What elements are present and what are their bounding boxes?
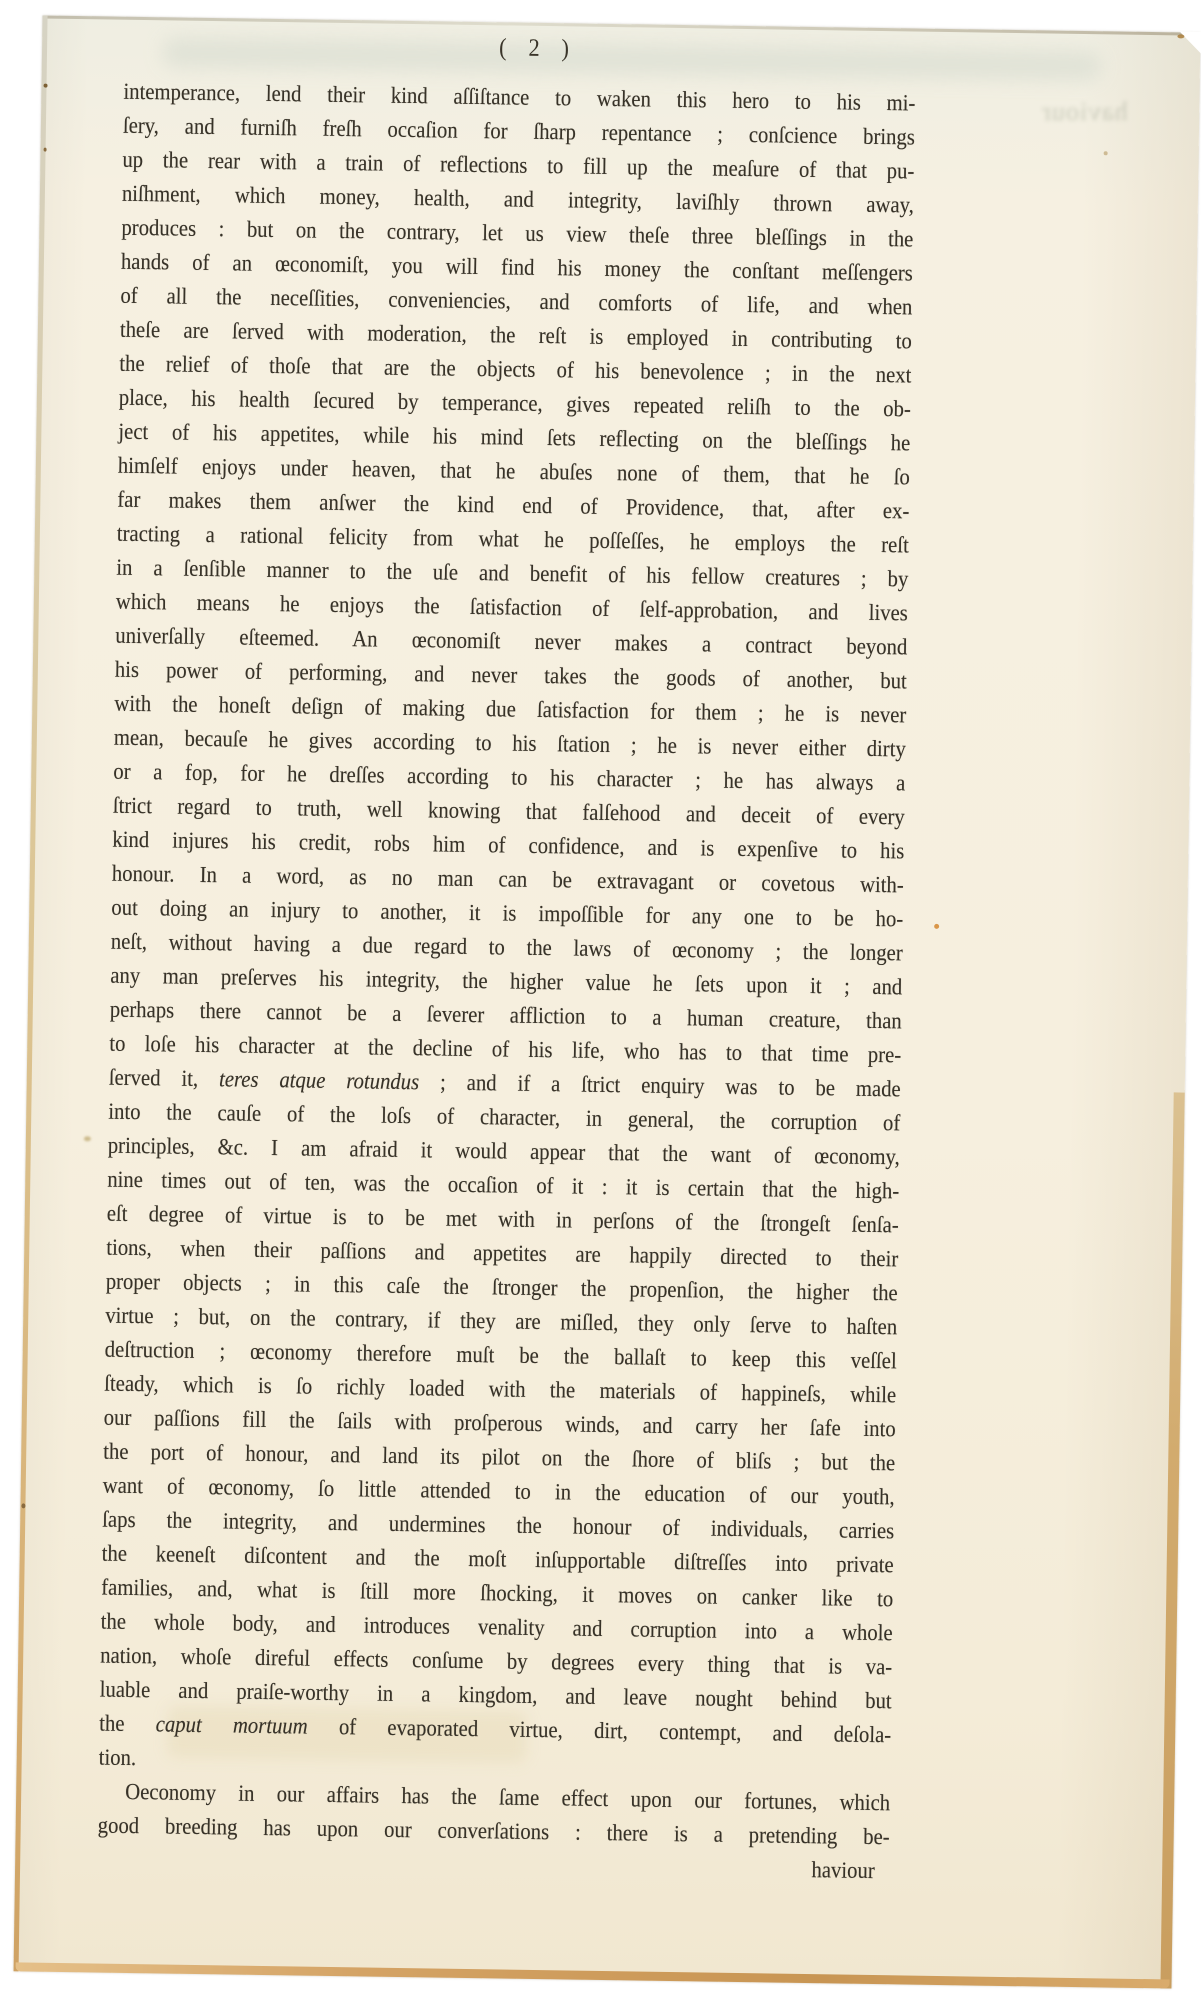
body-text: intemperance, lend their kind aſſiſtance… — [97, 75, 1004, 1890]
page-edge-right — [1160, 1092, 1184, 1988]
edge-speck — [44, 84, 48, 88]
text-segment: ſerved it, — [109, 1065, 220, 1092]
page-edge-left — [14, 16, 48, 1972]
italic-phrase: teres atque rotundus — [219, 1066, 419, 1094]
text-segment: ; and if a ſtrict enquiry was to be made — [419, 1069, 901, 1101]
edge-speck — [44, 148, 47, 152]
text-segment: the — [99, 1711, 156, 1737]
showthrough-ghost-word: haviour — [1041, 97, 1128, 127]
book-page: haviour ( 2 ) intemperance, lend their k… — [14, 16, 1201, 1989]
corner-stain — [1177, 34, 1184, 38]
text-segment: of evaporated virtue, dirt, contempt, an… — [308, 1714, 892, 1748]
edge-speck — [21, 1503, 25, 1508]
foxing-spot — [84, 1136, 91, 1141]
italic-phrase: caput mortuum — [156, 1711, 308, 1738]
scan-background: haviour ( 2 ) intemperance, lend their k… — [0, 0, 1201, 2015]
page-edge-bottom — [16, 1962, 1170, 1988]
foxing-spot — [1104, 151, 1108, 155]
text-segment: tion. — [99, 1745, 137, 1771]
